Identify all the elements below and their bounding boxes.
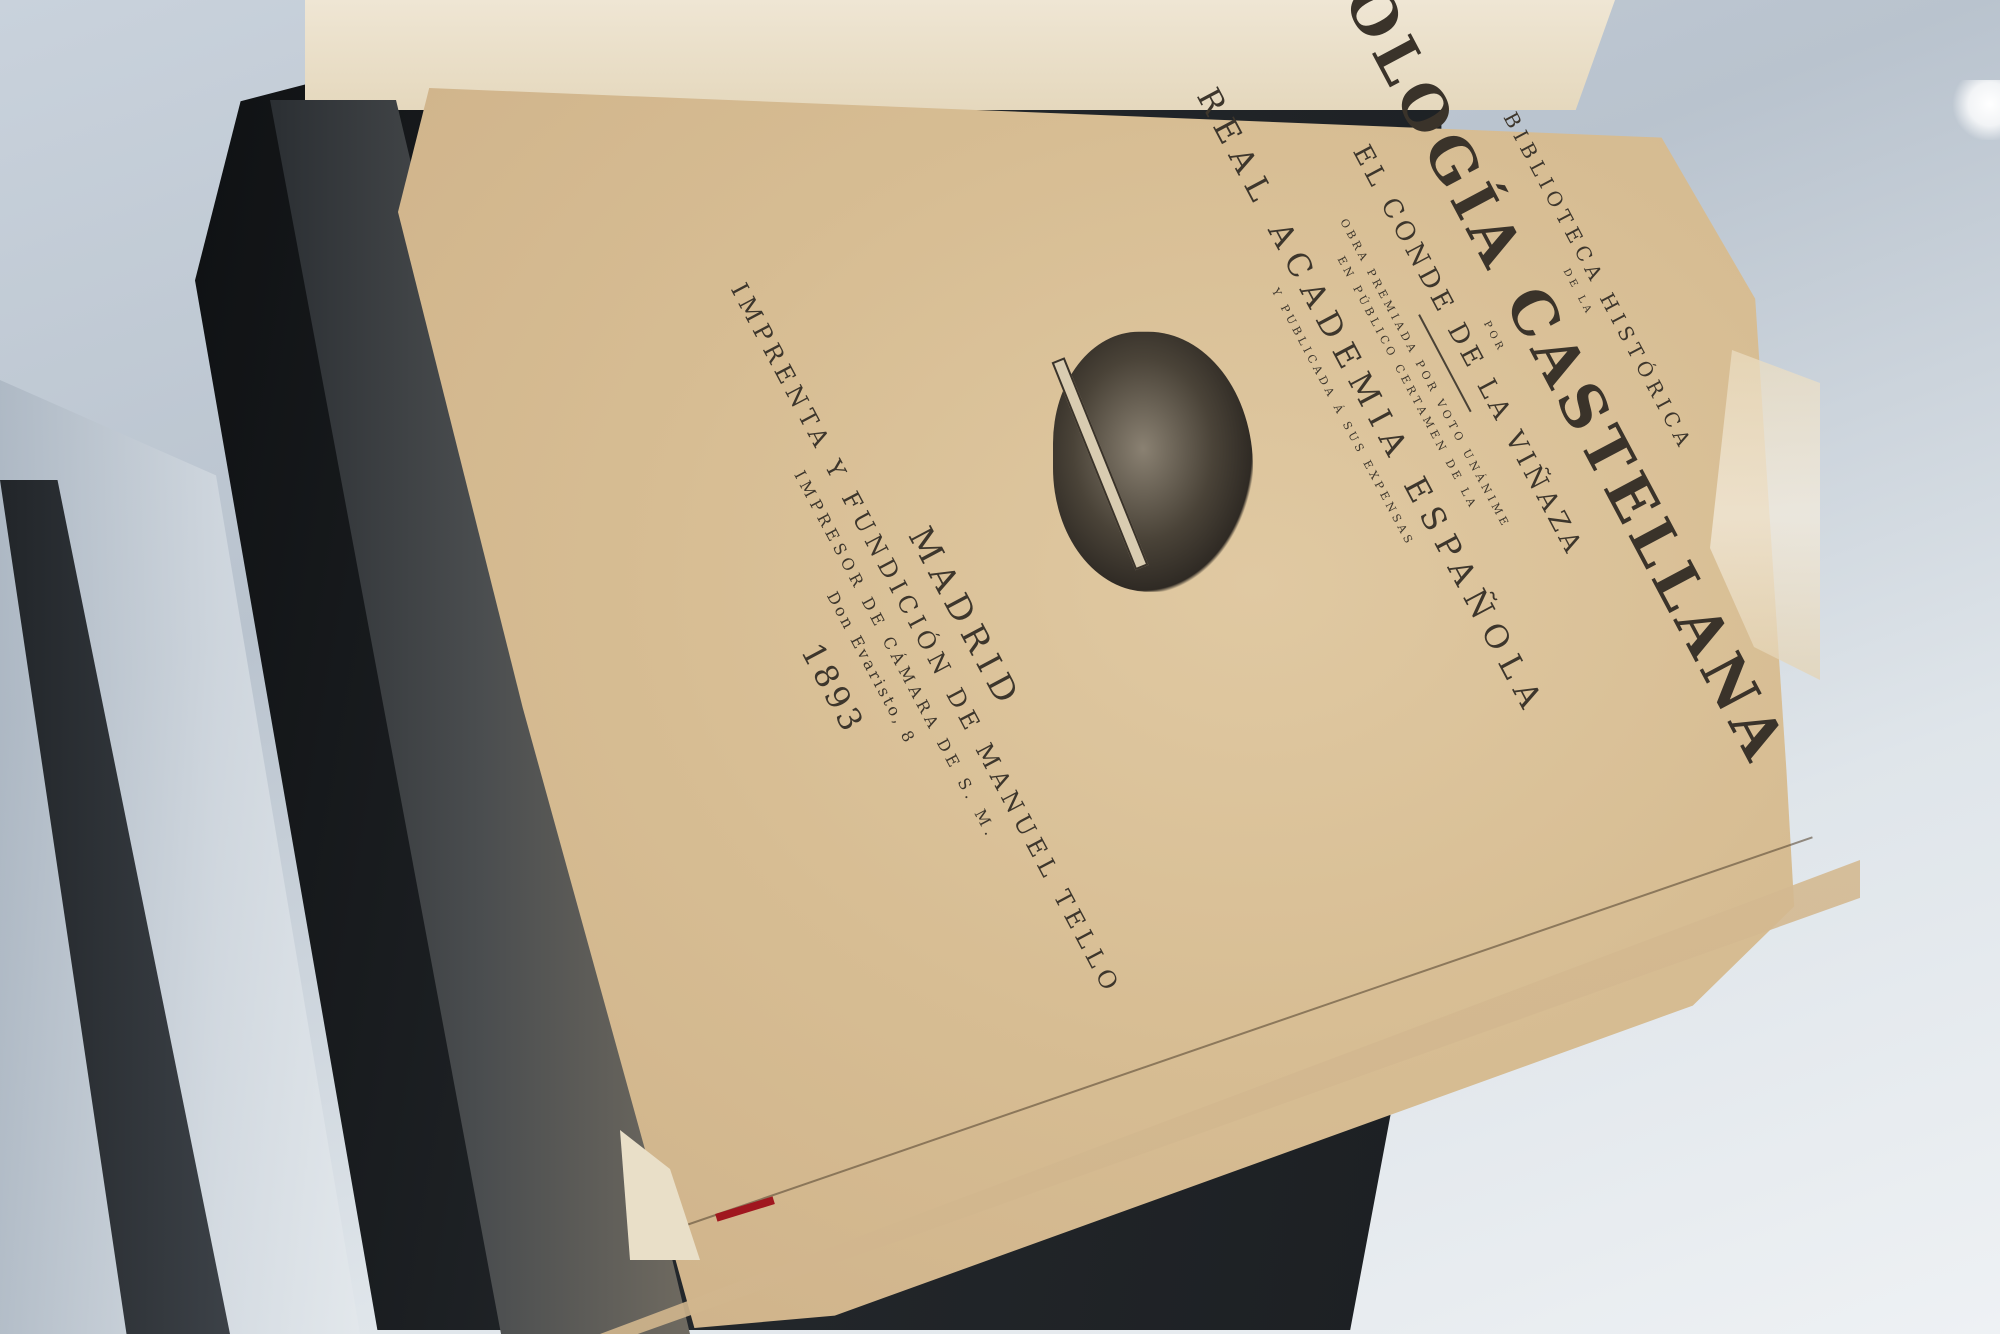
- photo-scene: BIBLIOTECA HISTÓRICA DE LA FILOLOGÍA CAS…: [0, 0, 2000, 1334]
- emblem-icon: [1053, 332, 1253, 592]
- light-reflection: [1950, 80, 2000, 140]
- printers-mark-emblem: [1053, 332, 1253, 592]
